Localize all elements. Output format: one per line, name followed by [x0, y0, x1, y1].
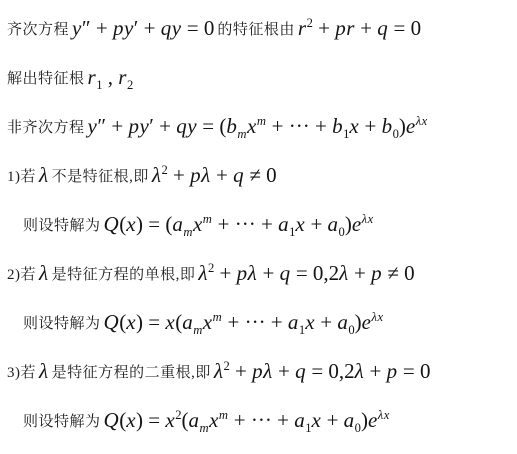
chinese-text: 则设特解为 — [23, 214, 101, 235]
chinese-text: 齐次方程 — [7, 18, 69, 39]
chinese-text: 是特征方程的单根,即 — [52, 263, 196, 284]
formula-line-8: 3)若λ是特征方程的二重根,即λ2 + pλ + q = 0,2λ + p = … — [7, 347, 517, 396]
chinese-text: 3)若 — [7, 361, 36, 382]
math-expression: r1 , r2 — [88, 65, 134, 90]
formula-line-6: 2)若λ是特征方程的单根,即λ2 + pλ + q = 0,2λ + p ≠ 0 — [7, 249, 517, 298]
chinese-text: 1)若 — [7, 165, 36, 186]
chinese-text: 解出特征根 — [7, 67, 85, 88]
math-expression: r2 + pr + q = 0 — [298, 16, 421, 41]
math-expression: λ — [39, 359, 49, 384]
math-expression: λ2 + pλ + q ≠ 0 — [152, 163, 277, 188]
formula-line-3: 非齐次方程y″ + py′ + qy = (bmxm + ··· + b1x +… — [7, 102, 517, 151]
chinese-text: 的特征根由 — [217, 18, 295, 39]
math-expression: y″ + py′ + qy = (bmxm + ··· + b1x + b0)e… — [88, 114, 428, 139]
chinese-text: 则设特解为 — [23, 410, 101, 431]
formula-line-5: 则设特解为Q(x) = (amxm + ··· + a1x + a0)eλx — [7, 200, 517, 249]
chinese-text: 2)若 — [7, 263, 36, 284]
chinese-text: 非齐次方程 — [7, 116, 85, 137]
formula-line-2: 解出特征根 r1 , r2 — [7, 53, 517, 102]
math-expression: y″ + py′ + qy = 0 — [72, 16, 214, 41]
math-expression: Q(x) = (amxm + ··· + a1x + a0)eλx — [104, 212, 374, 237]
math-notes: 齐次方程y″ + py′ + qy = 0的特征根由r2 + pr + q = … — [7, 4, 517, 445]
chinese-text: 不是特征根,即 — [52, 165, 149, 186]
formula-line-1: 齐次方程y″ + py′ + qy = 0的特征根由r2 + pr + q = … — [7, 4, 517, 53]
chinese-text: 则设特解为 — [23, 312, 101, 333]
formula-line-7: 则设特解为Q(x) = x(amxm + ··· + a1x + a0)eλx — [7, 298, 517, 347]
math-expression: λ — [39, 261, 49, 286]
math-expression: λ — [39, 163, 49, 188]
math-expression: Q(x) = x(amxm + ··· + a1x + a0)eλx — [104, 310, 384, 335]
formula-line-9: 则设特解为Q(x) = x2(amxm + ··· + a1x + a0)eλx — [7, 396, 517, 445]
math-expression: λ2 + pλ + q = 0,2λ + p ≠ 0 — [198, 261, 414, 286]
chinese-text: 是特征方程的二重根,即 — [52, 361, 211, 382]
math-expression: Q(x) = x2(amxm + ··· + a1x + a0)eλx — [104, 408, 390, 433]
math-notes-page: 齐次方程y″ + py′ + qy = 0的特征根由r2 + pr + q = … — [0, 0, 517, 454]
math-expression: λ2 + pλ + q = 0,2λ + p = 0 — [214, 359, 431, 384]
formula-line-4: 1)若λ不是特征根,即λ2 + pλ + q ≠ 0 — [7, 151, 517, 200]
